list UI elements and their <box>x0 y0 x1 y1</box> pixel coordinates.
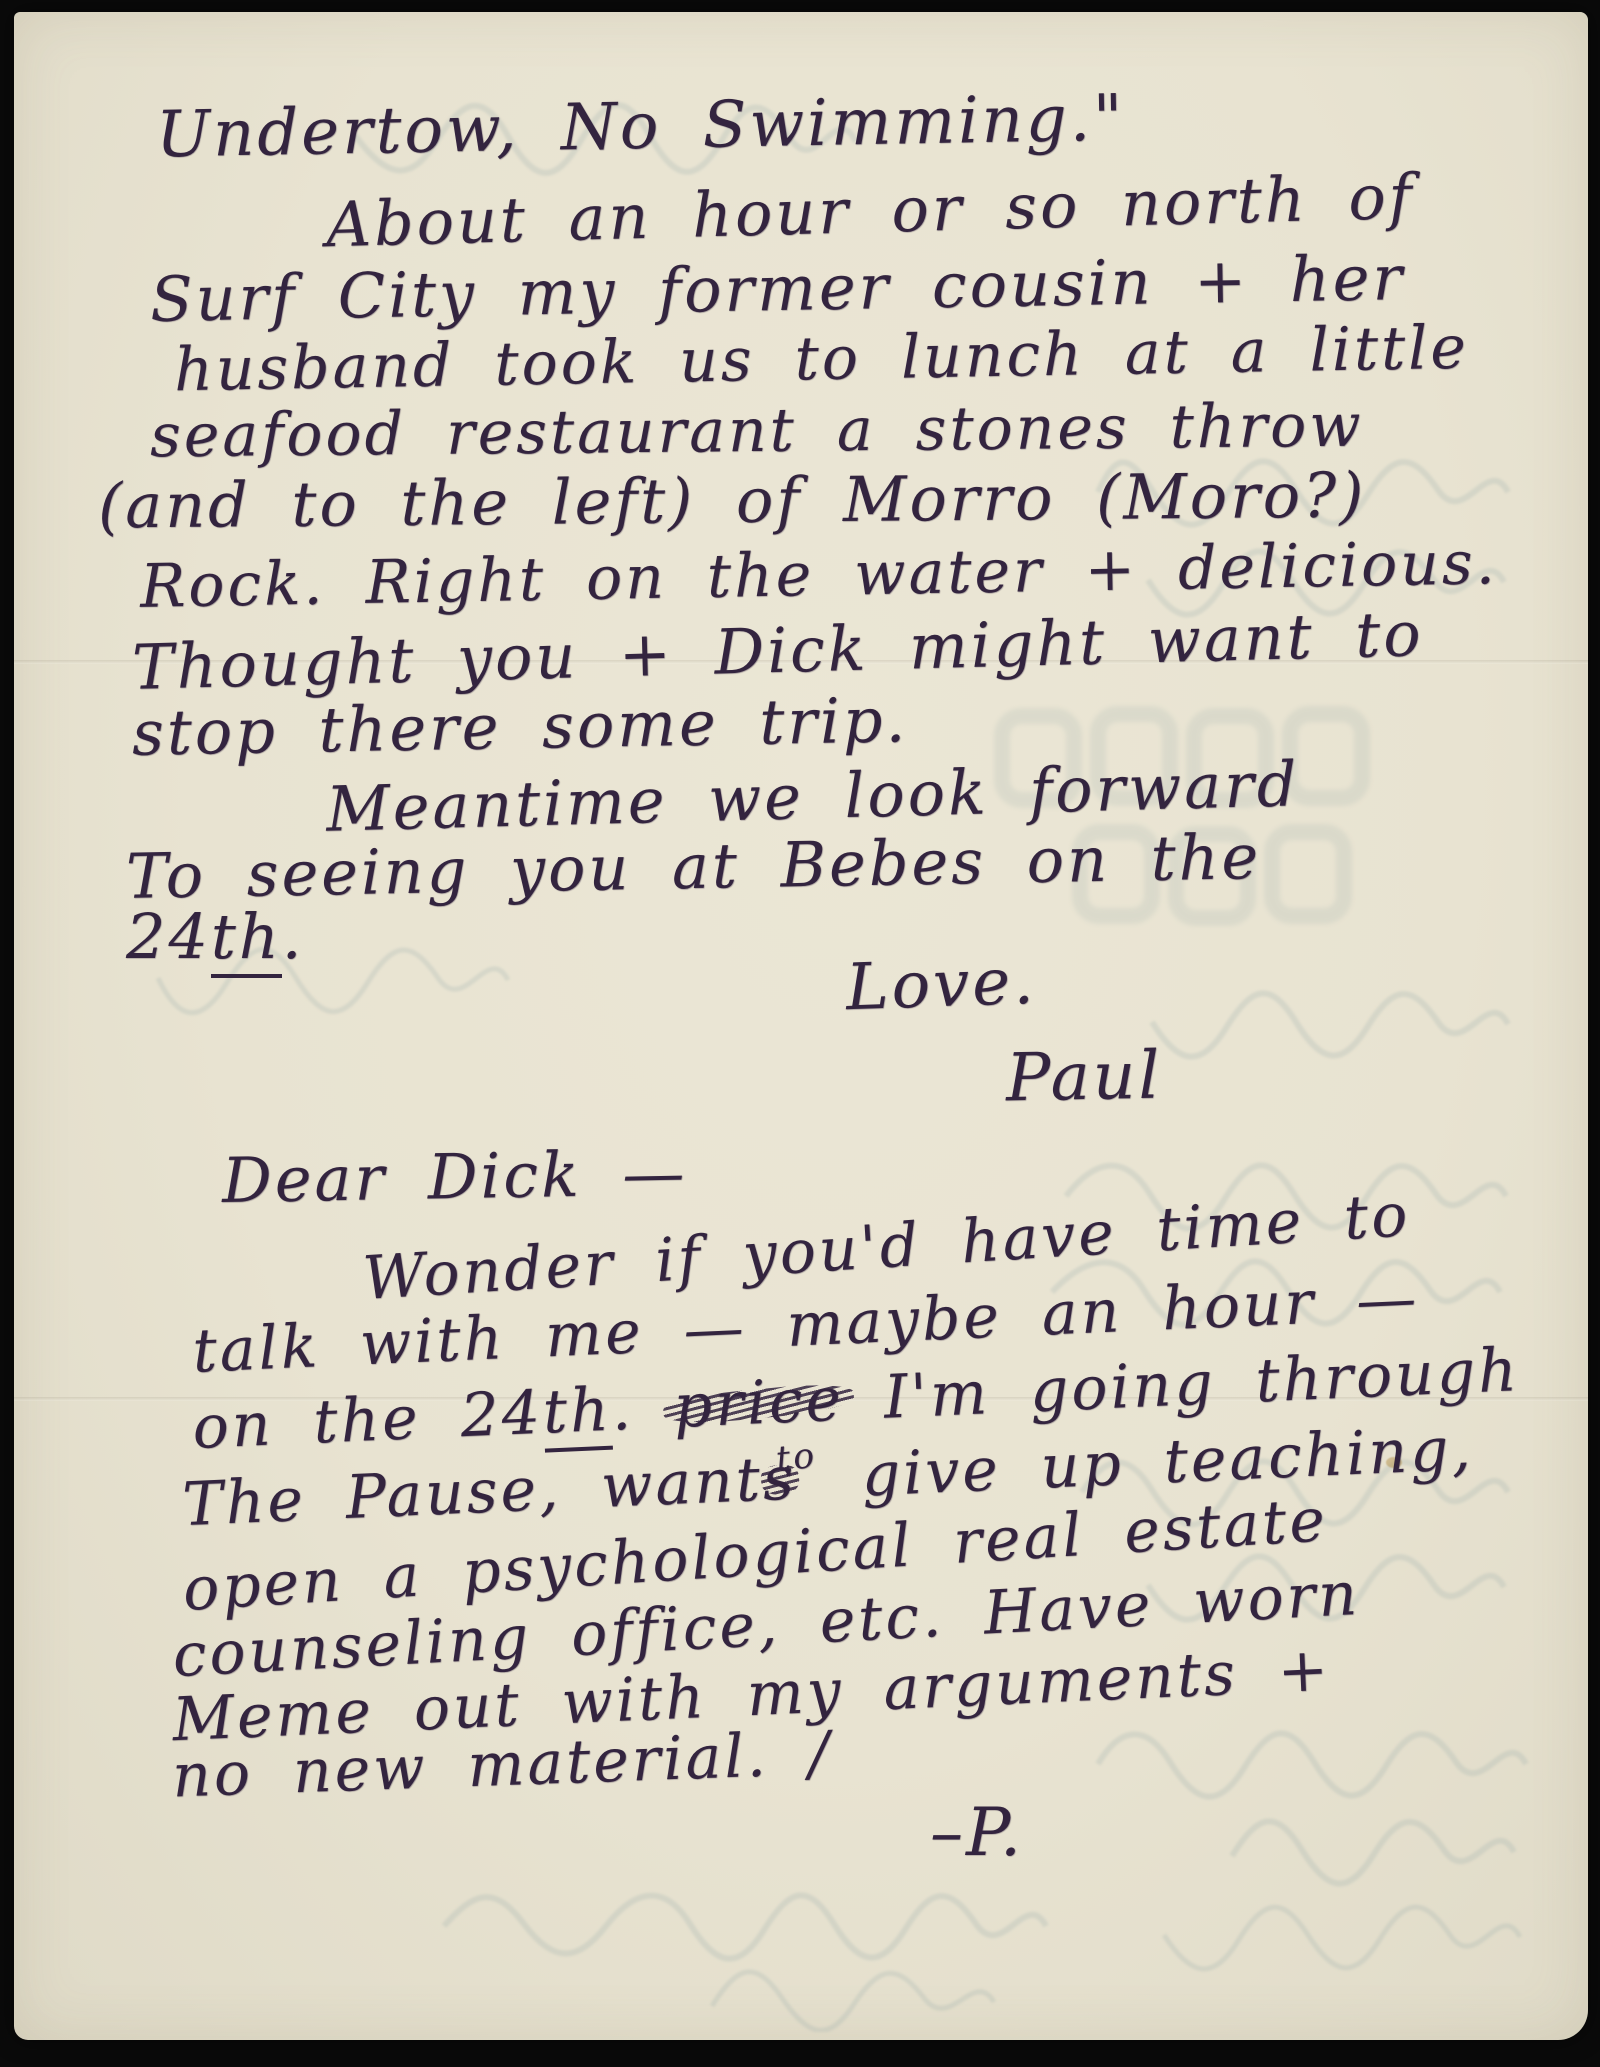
scanned-letter-screenshot: Undertow, No Swimming." About an hour or… <box>0 0 1600 2067</box>
line-text: . <box>282 900 305 973</box>
closing-word: Love. <box>845 945 1038 1026</box>
signature-paul: Paul <box>1005 1037 1163 1117</box>
ink-bleedthrough-squiggle <box>1134 972 1514 1072</box>
salutation: Dear Dick — <box>221 1136 687 1217</box>
ink-bleedthrough-squiggle <box>1094 1712 1534 1972</box>
line-text: Paul <box>1005 1037 1163 1117</box>
line-text: Love. <box>845 945 1038 1026</box>
line-text: (and to the left) of Morro (Moro?) <box>98 458 1367 542</box>
signature-initial: –P. <box>930 1794 1024 1871</box>
line-text: Undertow, No Swimming." <box>155 82 1126 173</box>
ink-bleedthrough-squiggle <box>434 1872 1054 2032</box>
line-text: on the 24 <box>191 1378 544 1463</box>
letter-line: (and to the left) of Morro (Moro?) <box>98 458 1367 542</box>
letter-page: Undertow, No Swimming." About an hour or… <box>14 12 1588 2040</box>
underlined-text: th <box>541 1375 613 1453</box>
letter-line: Undertow, No Swimming." <box>155 82 1126 173</box>
line-text: Dear Dick — <box>221 1136 687 1217</box>
letter-line: 24th. <box>126 900 304 973</box>
line-text: –P. <box>930 1794 1024 1871</box>
letter-line: stop there some trip. <box>131 683 908 770</box>
underlined-text: th <box>211 900 282 978</box>
line-text: 24 <box>126 900 211 973</box>
crossed-out-word: price <box>672 1365 845 1442</box>
line-text: stop there some trip. <box>131 683 908 770</box>
inserted-word-above: to <box>774 1436 819 1480</box>
